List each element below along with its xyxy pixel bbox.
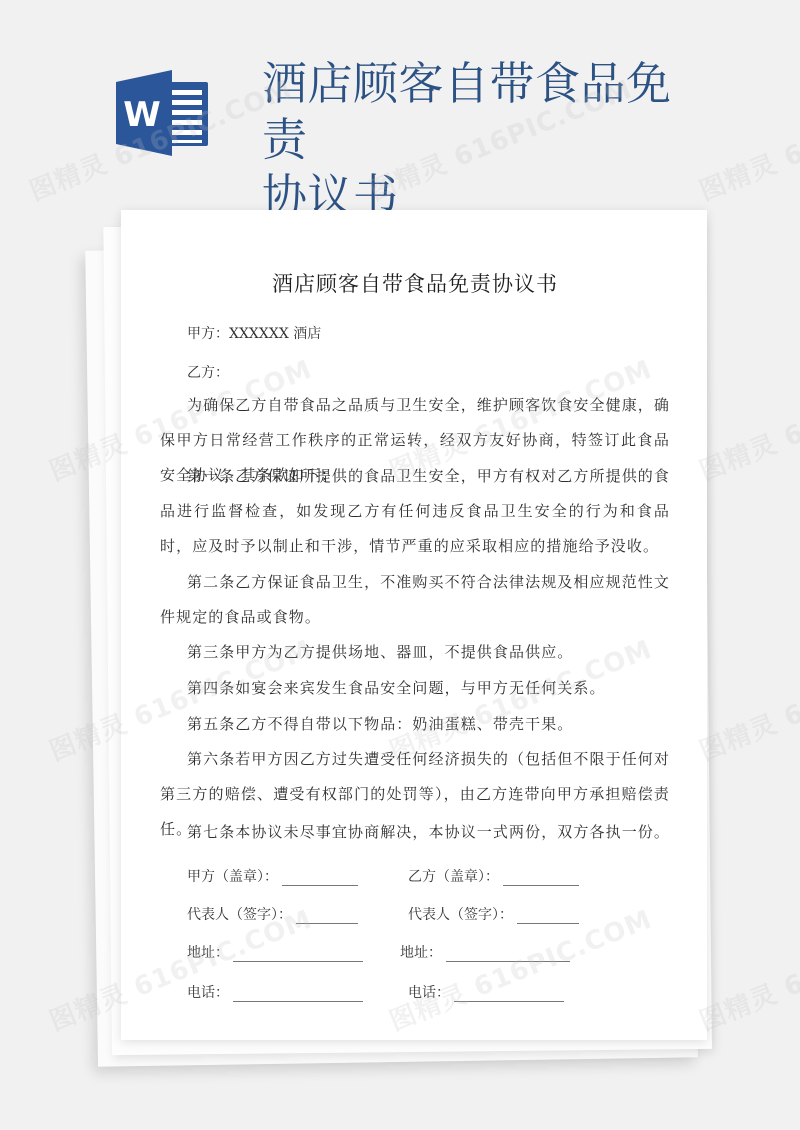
party-b-address-field[interactable] bbox=[446, 947, 570, 962]
party-b-seal-field[interactable] bbox=[503, 871, 579, 886]
document-title: 酒店顾客自带食品免责协议书 bbox=[160, 268, 670, 298]
word-document-icon: W bbox=[112, 70, 212, 156]
clause-2: 第二条乙方保证食品卫生，不准购买不符合法律法规及相应规范性文件规定的食品或食物。 bbox=[160, 565, 670, 635]
party-a-address-label: 地址： bbox=[187, 942, 229, 962]
party-a-representative-field[interactable] bbox=[296, 909, 358, 924]
party-a-address-row: 地址： bbox=[187, 942, 363, 962]
party-b-seal-row: 乙方（盖章）： bbox=[408, 866, 579, 886]
document-page: 酒店顾客自带食品免责协议书 甲方：XXXXXX 酒店 乙方： 为确保乙方自带食品… bbox=[121, 210, 707, 1040]
clause-1: 第一条乙方保证所提供的食品卫生安全，甲方有权对乙方所提供的食品进行监督检查，如发… bbox=[160, 459, 670, 564]
party-b-phone-label: 电话： bbox=[408, 982, 450, 1002]
clause-5: 第五条乙方不得自带以下物品：奶油蛋糕、带壳干果。 bbox=[160, 707, 670, 742]
page-title: 酒店顾客自带食品免责 协议书 bbox=[262, 56, 702, 224]
party-b-address-label: 地址： bbox=[400, 942, 442, 962]
header: W 酒店顾客自带食品免责 协议书 bbox=[0, 0, 800, 200]
party-b-line: 乙方： bbox=[187, 362, 229, 382]
party-a-representative-row: 代表人（签字）： bbox=[187, 904, 358, 924]
party-b-seal-label: 乙方（盖章）： bbox=[408, 866, 499, 886]
party-b-representative-field[interactable] bbox=[517, 909, 579, 924]
party-a-seal-field[interactable] bbox=[282, 871, 358, 886]
party-a-seal-label: 甲方（盖章）： bbox=[187, 866, 278, 886]
party-a-phone-label: 电话： bbox=[187, 982, 229, 1002]
party-b-representative-label: 代表人（签字）： bbox=[408, 904, 513, 924]
clause-4: 第四条如宴会来宾发生食品安全问题，与甲方无任何关系。 bbox=[160, 671, 670, 706]
party-a-phone-field[interactable] bbox=[233, 987, 363, 1002]
party-a-representative-label: 代表人（签字）： bbox=[187, 904, 292, 924]
clause-3: 第三条甲方为乙方提供场地、器皿，不提供食品供应。 bbox=[160, 635, 670, 670]
party-a-phone-row: 电话： bbox=[187, 982, 363, 1002]
party-a-seal-row: 甲方（盖章）： bbox=[187, 866, 358, 886]
party-a-address-field[interactable] bbox=[233, 947, 363, 962]
party-b-phone-row: 电话： bbox=[408, 982, 564, 1002]
party-b-address-row: 地址： bbox=[400, 942, 570, 962]
watermark: 图精灵 616PIC.COM bbox=[693, 629, 800, 768]
page-title-line-1: 酒店顾客自带食品免责 bbox=[262, 56, 702, 168]
svg-text:W: W bbox=[123, 95, 161, 135]
party-b-representative-row: 代表人（签字）： bbox=[408, 904, 579, 924]
party-a-line: 甲方：XXXXXX 酒店 bbox=[187, 323, 321, 343]
watermark: 图精灵 616PIC.COM bbox=[693, 349, 800, 488]
clause-7: 第七条本协议未尽事宜协商解决，本协议一式两份，双方各执一份。 bbox=[160, 815, 670, 850]
party-b-phone-field[interactable] bbox=[454, 987, 564, 1002]
